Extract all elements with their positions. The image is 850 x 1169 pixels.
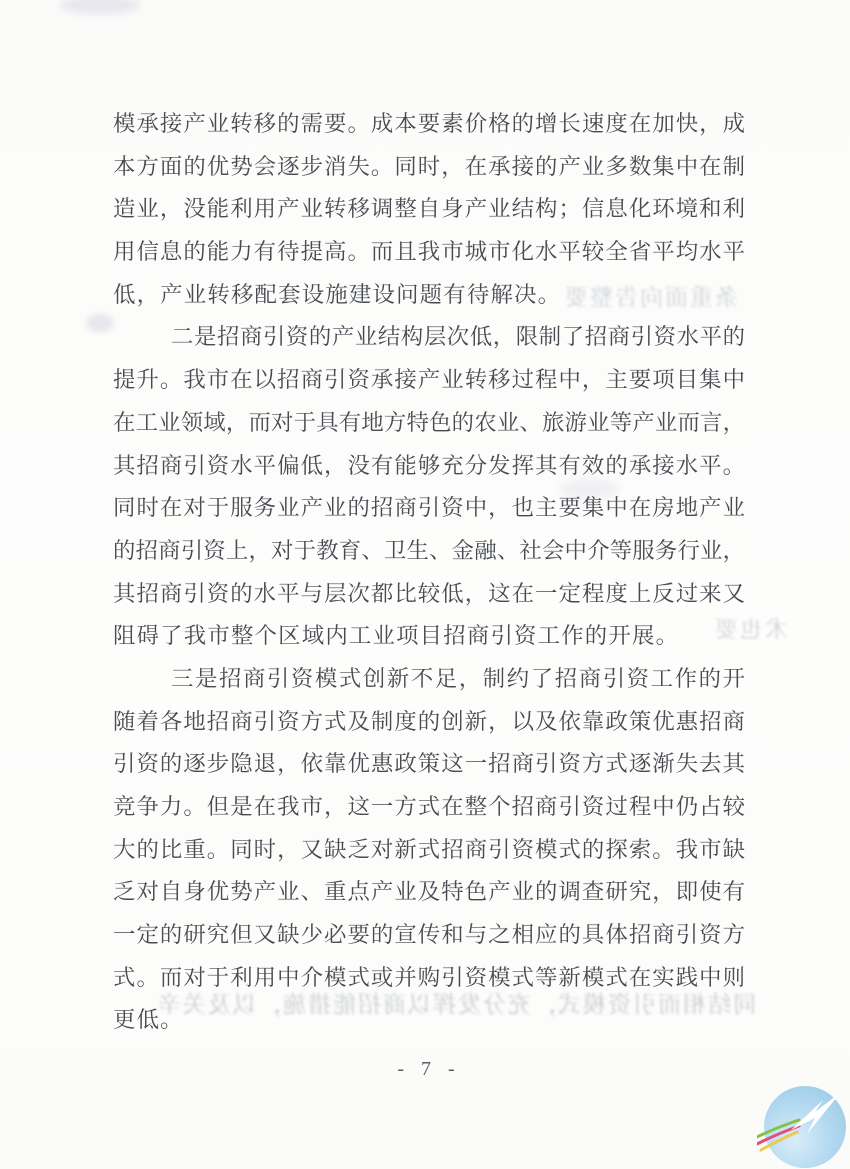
- text-line: 其招商引资的水平与层次都比较低，这在一定程度上反过来又: [113, 573, 745, 616]
- text-line: 更低。: [113, 999, 745, 1042]
- text-line: 引资的逐步隐退，依靠优惠政策这一招商引资方式逐渐失去其: [113, 743, 745, 786]
- text-line: 乏对自身优势产业、重点产业及特色产业的调查研究，即使有: [113, 871, 745, 914]
- scan-smudge: [60, 0, 140, 14]
- paragraph: 模承接产业转移的需要。成本要素价格的增长速度在加快，成本方面的优势会逐步消失。同…: [113, 103, 745, 316]
- text-line: 三是招商引资模式创新不足，制约了招商引资工作的开展。: [113, 658, 745, 701]
- text-line: 低，产业转移配套设施建设问题有待解决。: [113, 274, 745, 317]
- document-body: 模承接产业转移的需要。成本要素价格的增长速度在加快，成本方面的优势会逐步消失。同…: [113, 103, 745, 1042]
- page-number: - 7 -: [113, 1058, 745, 1081]
- text-line: 其招商引资水平偏低，没有能够充分发挥其有效的承接水平。: [113, 445, 745, 488]
- scanned-document-page: 模承接产业转移的需要。成本要素价格的增长速度在加快，成本方面的优势会逐步消失。同…: [0, 0, 850, 1169]
- text-line: 二是招商引资的产业结构层次低，限制了招商引资水平的: [113, 316, 745, 359]
- text-line: 在工业领域，而对于具有地方特色的农业、旅游业等产业而言，: [113, 402, 745, 445]
- text-line: 同时在对于服务业产业的招商引资中，也主要集中在房地产业: [113, 487, 745, 530]
- text-line: 随着各地招商引资方式及制度的创新，以及依靠政策优惠招商: [113, 701, 745, 744]
- scan-smudge: [86, 314, 114, 332]
- text-line: 本方面的优势会逐步消失。同时，在承接的产业多数集中在制: [113, 146, 745, 189]
- text-line: 用信息的能力有待提高。而且我市城市化水平较全省平均水平: [113, 231, 745, 274]
- text-line: 模承接产业转移的需要。成本要素价格的增长速度在加快，成: [113, 103, 745, 146]
- paragraph: 二是招商引资的产业结构层次低，限制了招商引资水平的提升。我市在以招商引资承接产业…: [113, 316, 745, 658]
- watermark-logo: [757, 1080, 849, 1169]
- text-line: 一定的研究但又缺少必要的宣传和与之相应的具体招商引资方: [113, 914, 745, 957]
- text-line: 大的比重。同时，又缺乏对新式招商引资模式的探索。我市缺: [113, 829, 745, 872]
- text-line: 式。而对于利用中介模式或并购引资模式等新模式在实践中则: [113, 957, 745, 1000]
- text-line: 提升。我市在以招商引资承接产业转移过程中，主要项目集中: [113, 359, 745, 402]
- text-line: 造业，没能利用产业转移调整自身产业结构；信息化环境和利: [113, 188, 745, 231]
- text-line: 的招商引资上，对于教育、卫生、金融、社会中介等服务行业，: [113, 530, 745, 573]
- text-line: 阻碍了我市整个区域内工业项目招商引资工作的开展。: [113, 615, 745, 658]
- text-line: 竞争力。但是在我市，这一方式在整个招商引资过程中仍占较: [113, 786, 745, 829]
- paragraph: 三是招商引资模式创新不足，制约了招商引资工作的开展。随着各地招商引资方式及制度的…: [113, 658, 745, 1042]
